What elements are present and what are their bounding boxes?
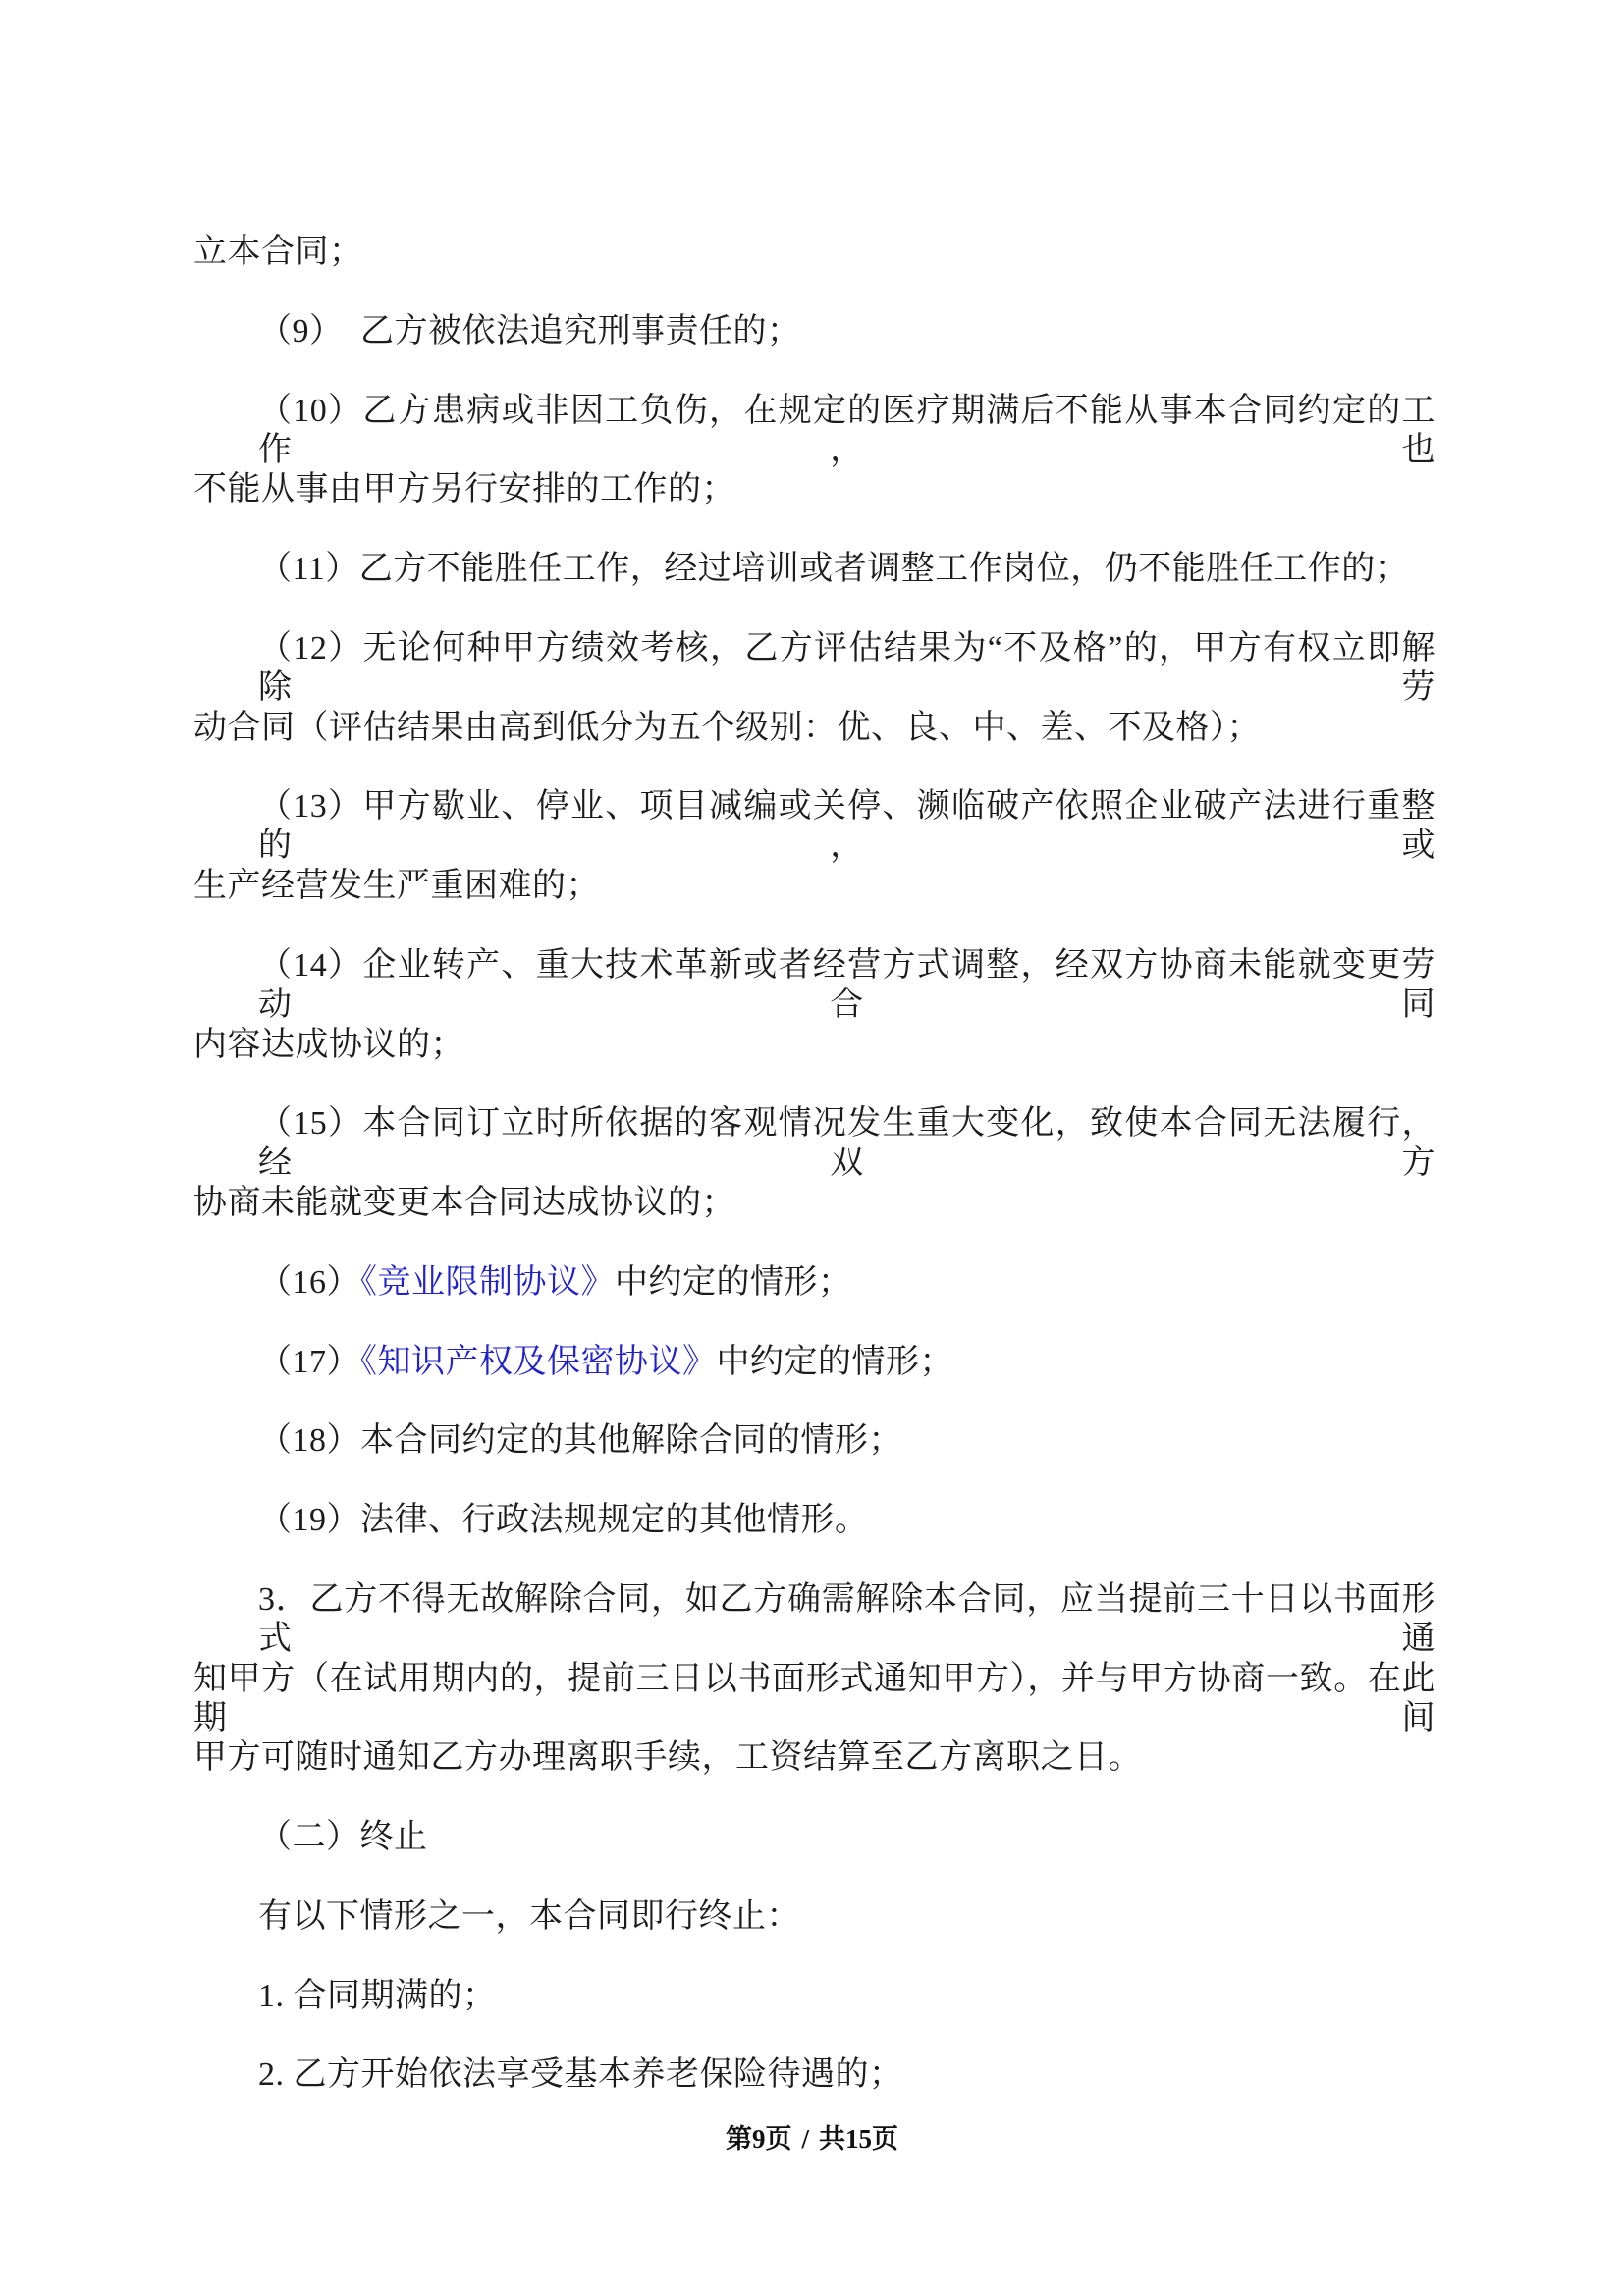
line-prefix: （17） — [258, 1344, 360, 1380]
contract-line: （19）法律、行政法规规定的其他情形。 — [193, 1501, 1435, 1580]
contract-line: （18）本合同约定的其他解除合同的情形； — [193, 1421, 1435, 1501]
page-footer: 第9页/共15页 — [0, 2117, 1624, 2156]
contract-line: 内容达成协议的； — [193, 1026, 1435, 1105]
line-prefix: （16） — [258, 1264, 360, 1301]
contract-line: （二）终止 — [193, 1818, 1435, 1897]
contract-line: 不能从事由甲方另行安排的工作的； — [193, 470, 1435, 550]
competition-restriction-agreement-link[interactable]: 《竞业限制协议》 — [360, 1264, 615, 1301]
contract-line: （17）《知识产权及保密协议》中约定的情形； — [193, 1343, 1435, 1422]
ip-confidentiality-agreement-link[interactable]: 《知识产权及保密协议》 — [360, 1344, 717, 1380]
contract-line: （10）乙方患病或非因工负伤，在规定的医疗期满后不能从事本合同约定的工作，也 — [193, 392, 1435, 471]
document-page: 立本合同；（9） 乙方被依法追究刑事责任的；（10）乙方患病或非因工负伤，在规定… — [0, 0, 1624, 2296]
contract-line: 3．乙方不得无故解除合同，如乙方确需解除本合同，应当提前三十日以书面形式通 — [193, 1580, 1435, 1660]
contract-line: 立本合同； — [193, 233, 1435, 312]
contract-line: 生产经营发生严重困难的； — [193, 867, 1435, 946]
page-number-total: 共15页 — [819, 2124, 898, 2154]
contract-line: （15）本合同订立时所依据的客观情况发生重大变化，致使本合同无法履行，经双方 — [193, 1104, 1435, 1184]
contract-line: （13）甲方歇业、停业、项目减编或关停、濒临破产依照企业破产法进行重整的，或 — [193, 787, 1435, 867]
contract-line: 知甲方（在试用期内的，提前三日以书面形式通知甲方），并与甲方协商一致。在此期间 — [193, 1660, 1435, 1739]
contract-line: （9） 乙方被依法追究刑事责任的； — [193, 312, 1435, 392]
contract-line: （11）乙方不能胜任工作，经过培训或者调整工作岗位，仍不能胜任工作的； — [193, 550, 1435, 629]
contract-line: 协商未能就变更本合同达成协议的； — [193, 1184, 1435, 1263]
contract-line: （12）无论何种甲方绩效考核，乙方评估结果为“不及格”的，甲方有权立即解除劳 — [193, 629, 1435, 709]
contract-line: 有以下情形之一，本合同即行终止： — [193, 1897, 1435, 1977]
line-suffix: 中约定的情形； — [615, 1264, 852, 1301]
contract-line: 甲方可随时通知乙方办理离职手续，工资结算至乙方离职之日。 — [193, 1738, 1435, 1818]
contract-line: 动合同（评估结果由高到低分为五个级别：优、良、中、差、不及格）； — [193, 709, 1435, 788]
line-suffix: 中约定的情形； — [717, 1344, 954, 1380]
contract-line: （14）企业转产、重大技术革新或者经营方式调整，经双方协商未能就变更劳动合同 — [193, 946, 1435, 1026]
contract-line: 1. 合同期满的； — [193, 1977, 1435, 2056]
page-number-separator: / — [801, 2124, 809, 2154]
contract-line: （16）《竞业限制协议》中约定的情形； — [193, 1263, 1435, 1343]
document-body: 立本合同；（9） 乙方被依法追究刑事责任的；（10）乙方患病或非因工负伤，在规定… — [193, 233, 1435, 2135]
page-number-current: 第9页 — [726, 2124, 792, 2154]
